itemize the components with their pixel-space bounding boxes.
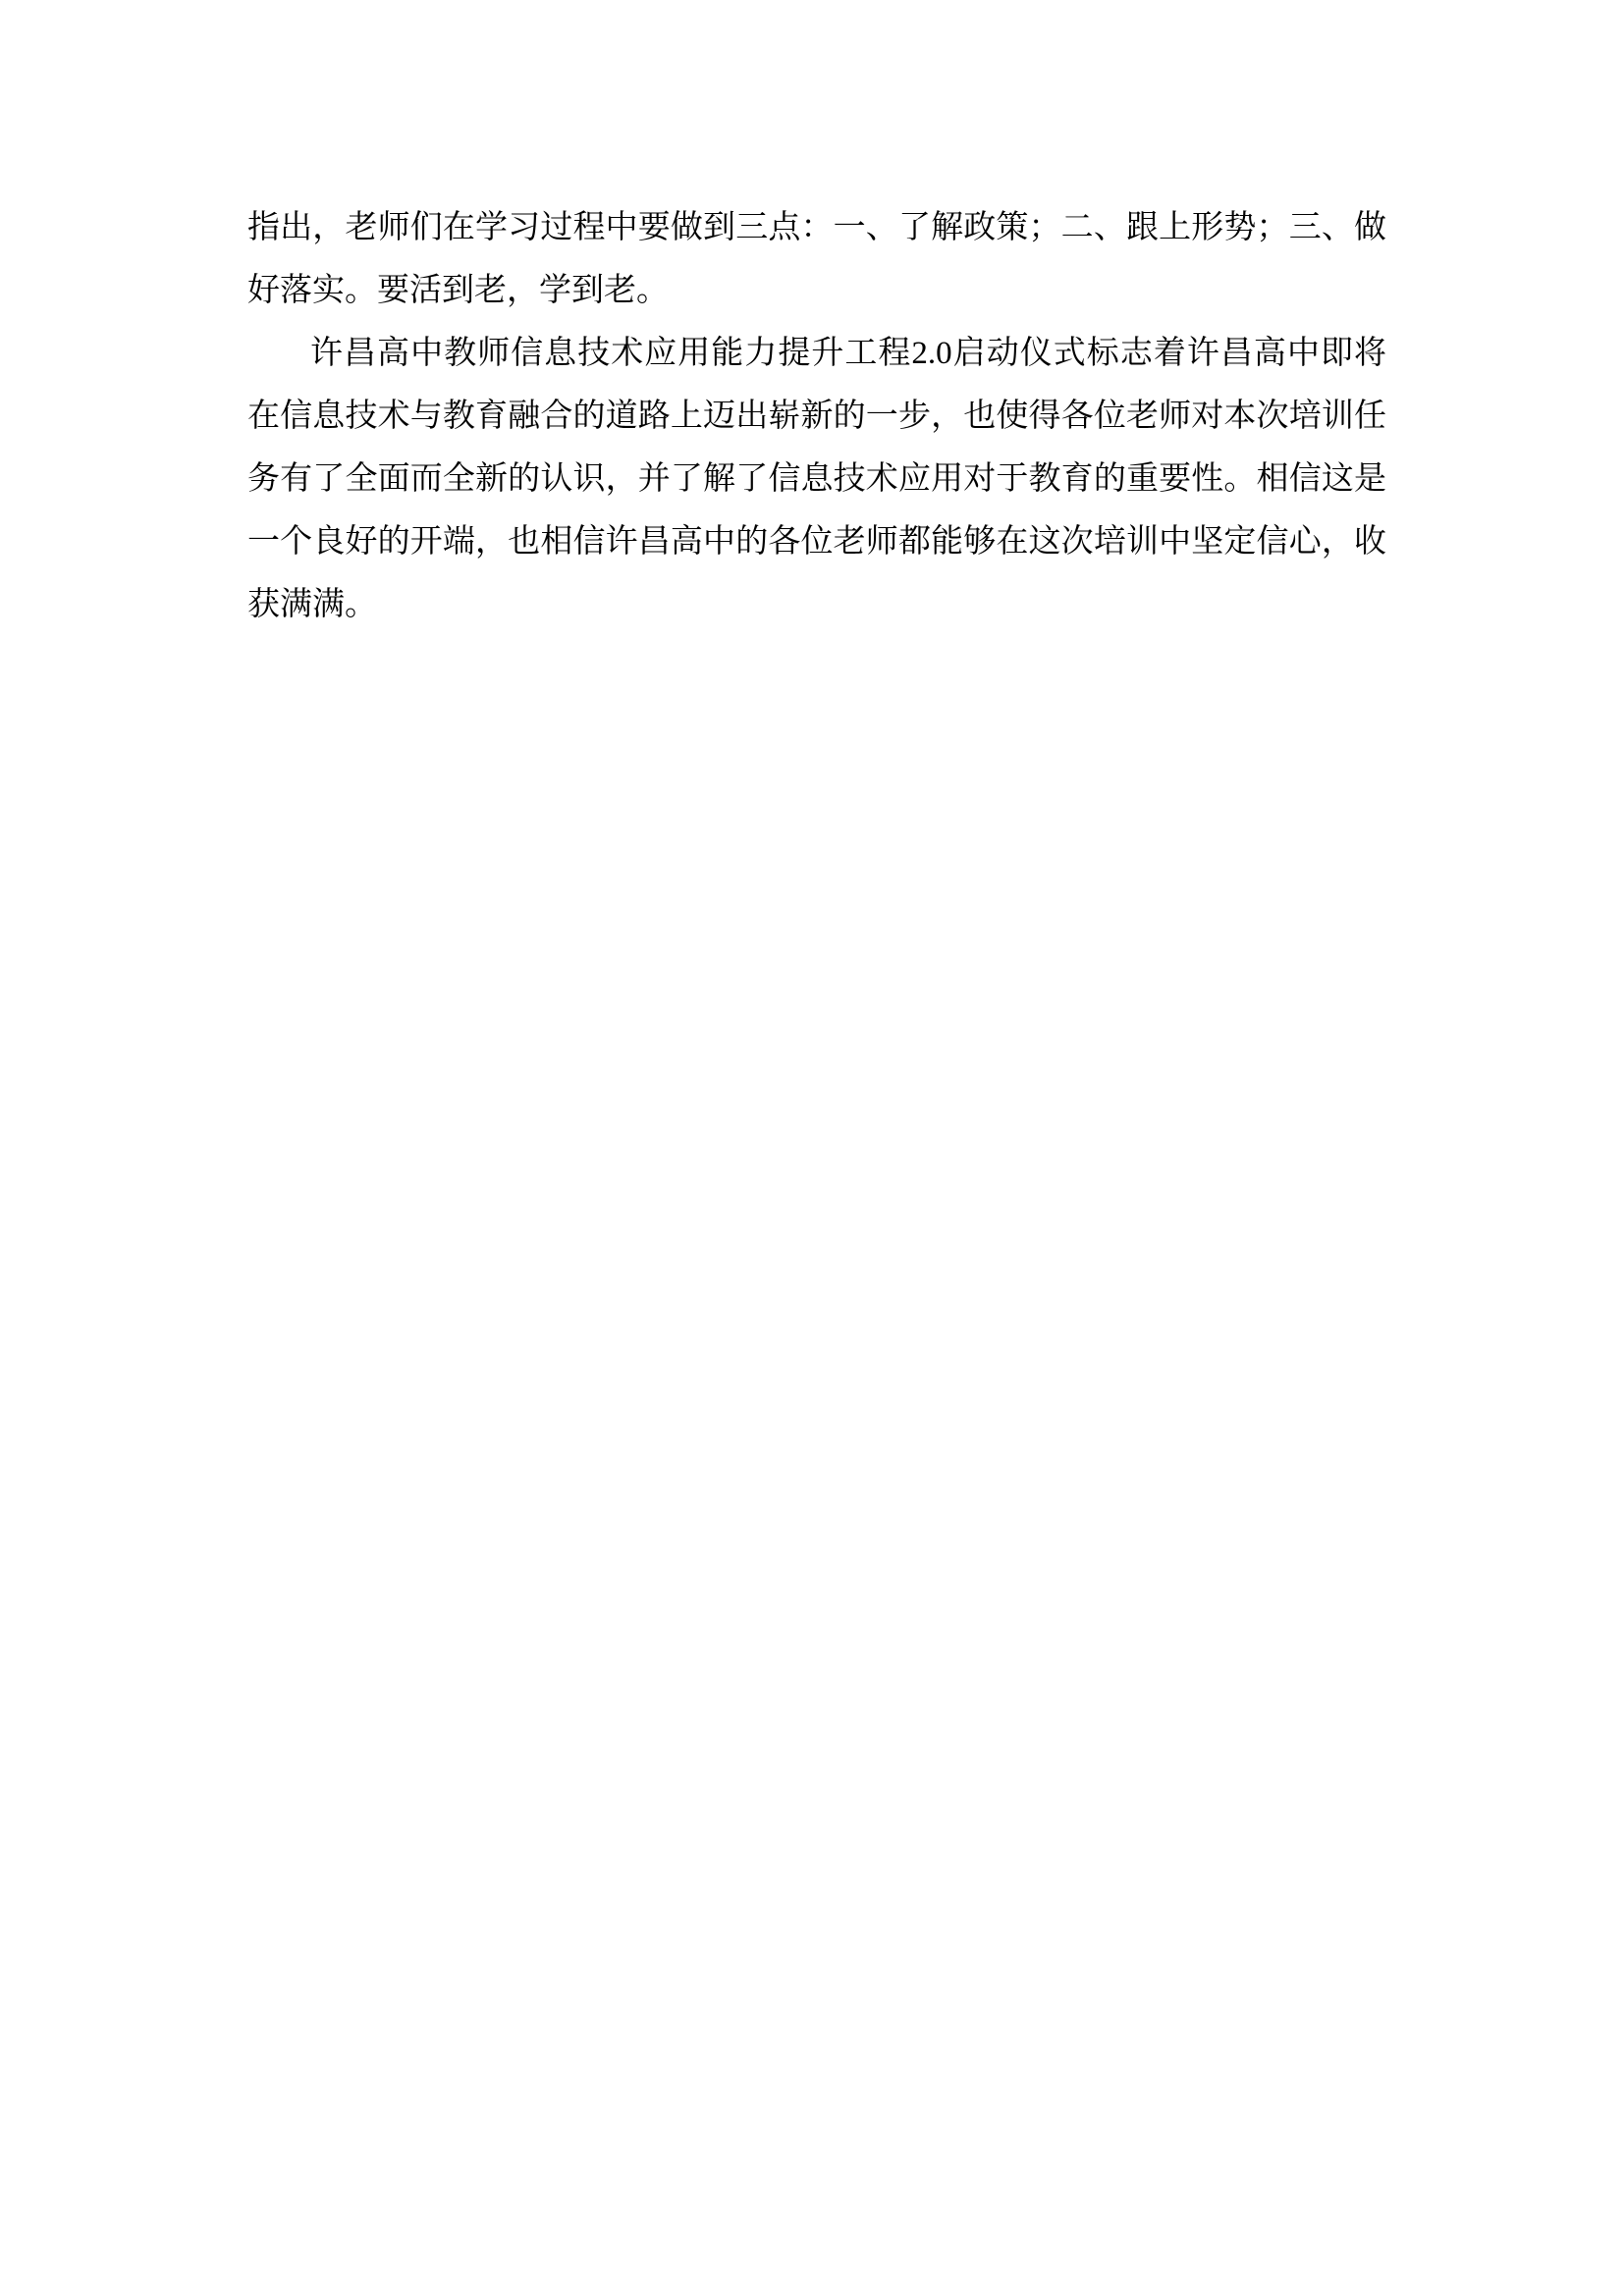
text-line: 许昌高中教师信息技术应用能力提升工程2.0启动仪式标志着许昌高中即将 bbox=[247, 322, 1386, 385]
text-line: 在信息技术与教育融合的道路上迈出崭新的一步，也使得各位老师对本次培训任 bbox=[247, 385, 1386, 448]
text-block: 指出，老师们在学习过程中要做到三点：一、了解政策；二、跟上形势；三、做 好落实。… bbox=[247, 196, 1386, 636]
text-line: 务有了全面而全新的认识，并了解了信息技术应用对于教育的重要性。相信这是 bbox=[247, 448, 1386, 510]
text-line: 好落实。要活到老，学到老。 bbox=[247, 259, 1386, 322]
document-page: 指出，老师们在学习过程中要做到三点：一、了解政策；二、跟上形势；三、做 好落实。… bbox=[0, 0, 1624, 2296]
text-line: 指出，老师们在学习过程中要做到三点：一、了解政策；二、跟上形势；三、做 bbox=[247, 196, 1386, 259]
text-line: 获满满。 bbox=[247, 573, 1386, 636]
text-line: 一个良好的开端，也相信许昌高中的各位老师都能够在这次培训中坚定信心，收 bbox=[247, 510, 1386, 573]
